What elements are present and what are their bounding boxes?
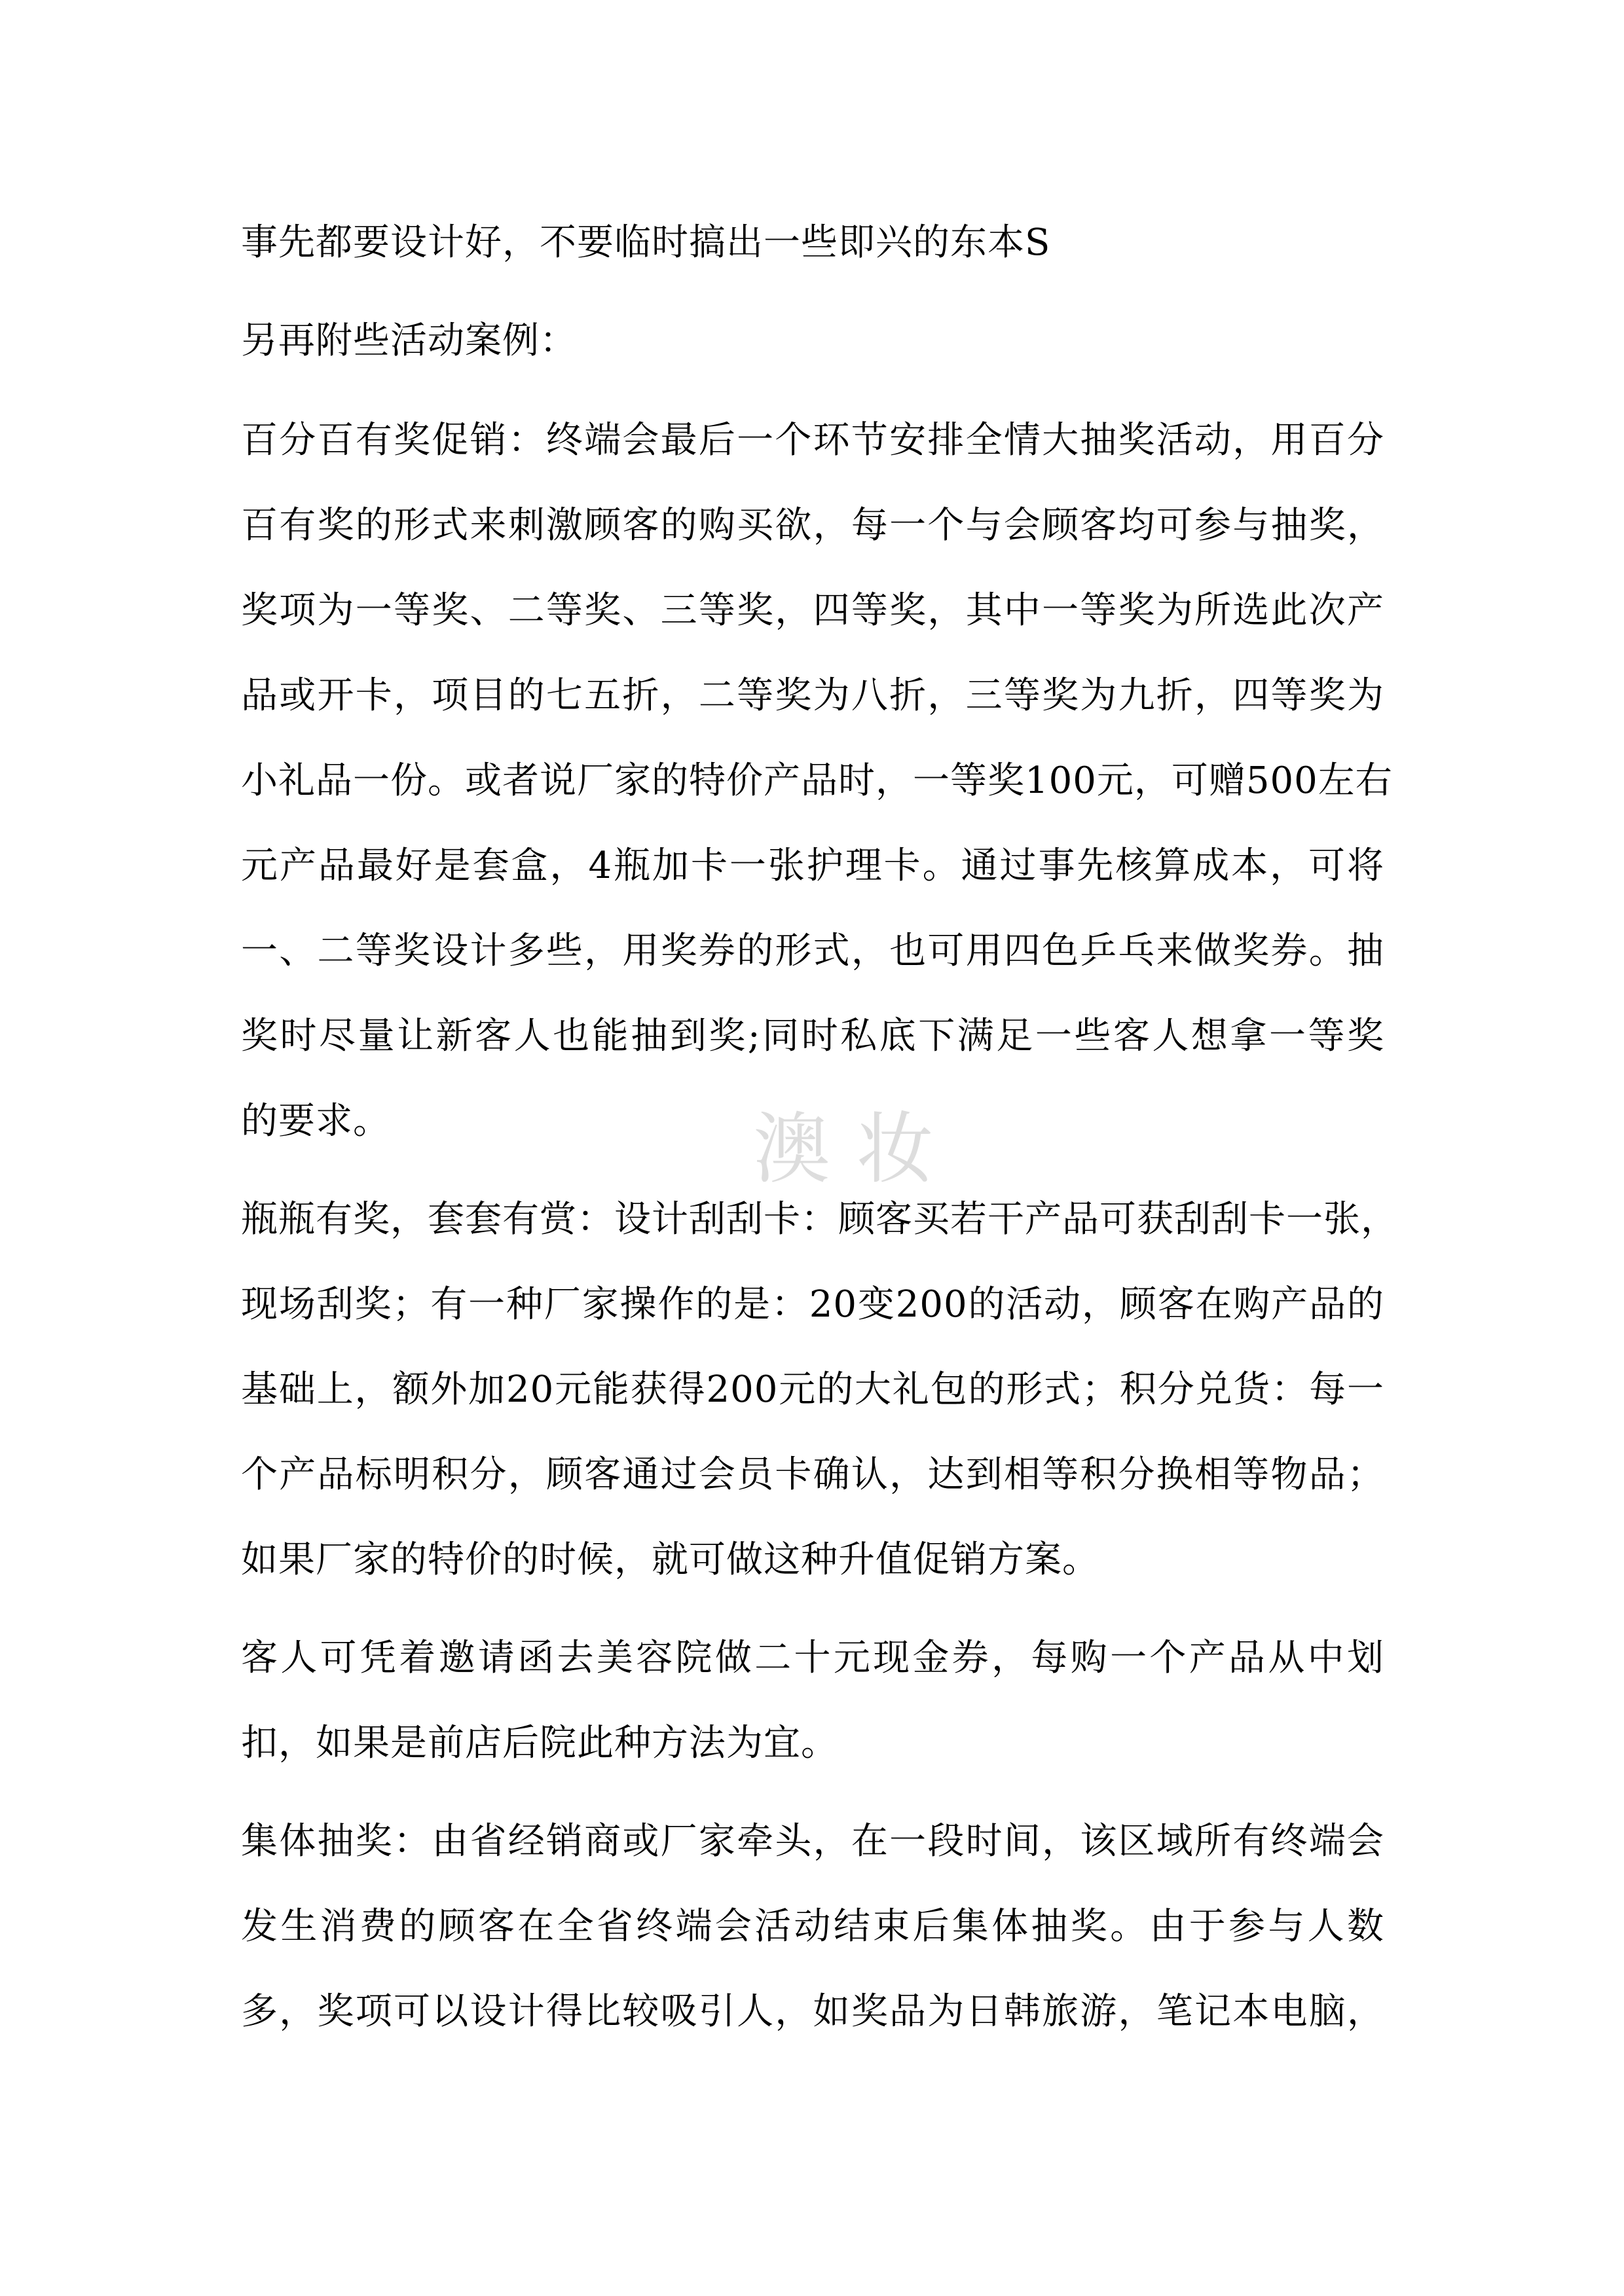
text-line: 小礼品一份。或者说厂家的特价产品时，一等奖100元，可赠500左右: [241, 758, 1384, 804]
text-line: 集体抽奖：由省经销商或厂家牵头，在一段时间，该区域所有终端会: [241, 1819, 1384, 1865]
text-line: 百分百有奖促销：终端会最后一个环节安排全情大抽奖活动，用百分: [241, 418, 1384, 464]
text-line: 个产品标明积分，顾客通过会员卡确认，达到相等积分换相等物品；: [241, 1452, 1384, 1498]
text-line: 元产品最好是套盒，4瓶加卡一张护理卡。通过事先核算成本，可将: [241, 843, 1384, 889]
text-line: 品或开卡，项目的七五折，二等奖为八折，三等奖为九折，四等奖为: [241, 673, 1384, 719]
text-line: 扣，如果是前店后院此种方法为宜。: [241, 1721, 838, 1766]
text-line: 发生消费的顾客在全省终端会活动结束后集体抽奖。由于参与人数: [241, 1904, 1384, 1950]
text-line: 如果厂家的特价的时候，就可做这种升值促销方案。: [241, 1537, 1099, 1583]
text-line: 基础上，额外加20元能获得200元的大礼包的形式；积分兑货：每一: [241, 1367, 1384, 1413]
text-line: 客人可凭着邀请函去美容院做二十元现金券，每购一个产品从中划: [241, 1635, 1384, 1681]
text-line: 百有奖的形式来刺激顾客的购买欲，每一个与会顾客均可参与抽奖，: [241, 503, 1384, 549]
text-line: 另再附些活动案例：: [241, 318, 577, 364]
text-line: 多，奖项可以设计得比较吸引人，如奖品为日韩旅游，笔记本电脑，: [241, 1989, 1384, 2035]
text-line: 瓶瓶有奖，套套有赏：设计刮刮卡：顾客买若干产品可获刮刮卡一张，: [241, 1197, 1384, 1243]
text-line: 事先都要设计好，不要临时搞出一些即兴的东本S: [241, 220, 1050, 266]
text-line: 现场刮奖；有一种厂家操作的是：20变200的活动，顾客在购产品的: [241, 1282, 1384, 1328]
text-line: 一、二等奖设计多些，用奖券的形式，也可用四色乒乓来做奖券。抽: [241, 928, 1384, 974]
watermark: 澳妆: [753, 1106, 960, 1192]
text-line: 奖时尽量让新客人也能抽到奖;同时私底下满足一些客人想拿一等奖: [241, 1013, 1384, 1059]
text-line: 的要求。: [241, 1099, 390, 1144]
text-line: 奖项为一等奖、二等奖、三等奖，四等奖，其中一等奖为所选此次产: [241, 588, 1384, 634]
